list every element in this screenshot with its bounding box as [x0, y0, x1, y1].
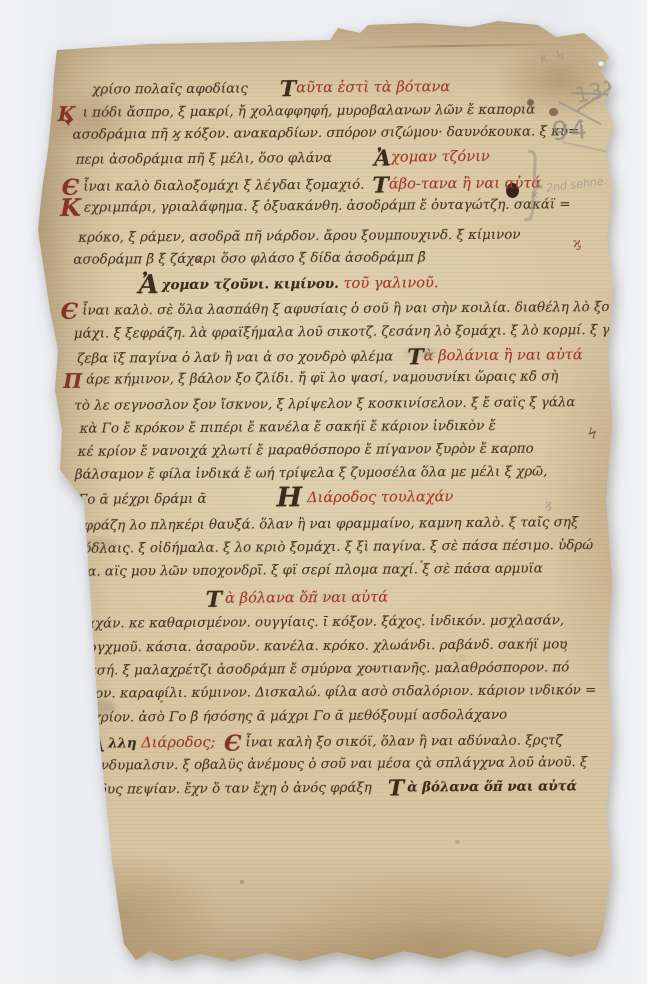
margin-mark: ϛ	[560, 638, 567, 653]
manuscript-line: Єἶναι καλὸ. σὲ ὅλα λασπάθη ξ αφυσίαις ὁ …	[61, 301, 610, 320]
manuscript-line: πα. αϊς μου λῶν υποχονδρϊ̄. ξ φϊ σερί πλ…	[79, 562, 543, 580]
initial-letter: Є	[224, 731, 242, 757]
initial-letter: Ἄ	[87, 732, 105, 758]
initial-letter: Λ	[65, 612, 82, 638]
manuscript-line: περι ἀσοδράμια πῆ ξ μέλι, ὅσο φλάναἈχομα…	[76, 149, 490, 169]
manuscript-line: τογχμοῦ. κάσια. ἀσαροῦν. κανέλα. κρόκο. …	[81, 638, 567, 656]
manuscript-line: εμονδυμαλσιν. ξ οβαλϋς ἀνέμους ὁ σοῦ ναι…	[77, 756, 588, 774]
rubric-text: Διάροδος;	[141, 734, 220, 752]
body-text: ρόδλαις. ξ οἰδήμαλα. ξ λο κριὸ ξομάχι. ξ…	[75, 538, 593, 557]
manuscript-line: βάλσαμον ἔ φίλα ἰνδικά ἔ ωή τρίψελα ξ ζυ…	[75, 465, 548, 483]
manuscript-line: Γο ᾱ μέχρι δράμι ᾱΗΔιάροδος τουλαχάν	[78, 489, 453, 508]
body-text: βάλσαμον ἔ φίλα ἰνδικά ἔ ωή τρίψελα ξ ζυ…	[75, 464, 548, 482]
initial-letter: Τ	[372, 173, 389, 199]
manuscript-line: χρίσο πολαῖς αφοδίαιςΤαῦτα ἐστὶ τὰ βόταν…	[92, 79, 450, 98]
body-text: άρε κήμινον, ξ βάλον ξο ζλίδι. ἤ φϊ λο ψ…	[86, 369, 558, 387]
body-text: πεχρίον. ἀσὸ Γο β̄ ήσόσης ᾱ μάχρι Γο ᾱ μ…	[77, 708, 508, 726]
body-text: αχάν. κε καθαρισμένον. ουγγίαις. ῑ κόξον…	[86, 613, 564, 631]
body-text: εμονδυμαλσιν. ξ οβαλϋς ἀνέμους ὁ σοῦ ναι…	[77, 755, 588, 774]
body-text: λασή. ξ μαλαχρέτζι ἀσοδράμπ ἔ σμύρνα χου…	[79, 660, 569, 678]
initial-letter: Є	[62, 514, 80, 540]
rubric-text: αῦτα ἐστὶ τὰ βότανα	[296, 78, 450, 96]
body-text: ασοδράμπ β̄ ξ ζάχαρι ὅσο φλάσο ξ δίδα ἀσ…	[73, 250, 425, 267]
initial-letter: Τ	[206, 587, 223, 613]
manuscript-line: Κεχριμπάρι, γριαλάφημα. ξ ὀξυακάνθη. ἀσο…	[60, 198, 571, 216]
body-text: φράζη λο πληκέρι θαυξά. ὅλαν ἢ ναι φραμμ…	[84, 515, 579, 533]
body-text: ζεβα ϊξ παγίνα ὁ λαν ἢ ναι ἀ σο χονδρὸ φ…	[77, 350, 393, 367]
manuscript-line: Ϗι πόδι ἄσπρο, ξ μακρί, ἤ χολαφφηφή, μυρ…	[57, 104, 535, 122]
margin-mark: ×.	[424, 350, 436, 361]
rubric-text: Διάροδος τουλαχάν	[307, 488, 453, 506]
initial-letter: Є	[61, 299, 79, 325]
body-text: κέ κρίον ἔ νανοιχά χλωτί ἔ μαραθόσπορο ἔ…	[78, 442, 534, 460]
body-text: χρίσο πολαῖς αφοδίαις	[92, 82, 248, 98]
rubric-text: χομαν τζόνιν	[391, 148, 490, 166]
initial-letter: Η	[276, 482, 302, 513]
manuscript-line: κέ κρίον ἔ νανοιχά χλωτί ἔ μαραθόσπορο ἔ…	[78, 443, 534, 461]
manuscript-line: ρόδλαις. ξ οἰδήμαλα. ξ λο κριὸ ξομάχι. ξ…	[75, 539, 593, 557]
body-text: ὰ βόλανα ὅπ̃ ναι αὐτά	[407, 778, 577, 795]
body-text: ι πόδι ἄσπρο, ξ μακρί, ἤ χολαφφηφή, μυρο…	[83, 103, 536, 121]
margin-mark: ϗ	[545, 498, 552, 511]
manuscript-page: τω αλ μεε λμ χρίσο πολαῖς αφοδίαιςΤαῦτα …	[0, 0, 647, 984]
manuscript-line: ζεβα ϊξ παγίνα ὁ λαν ἢ ναι ἀ σο χονδρὸ φ…	[77, 347, 583, 367]
initial-letter: Τ	[407, 344, 424, 370]
initial-letter: Ϗ	[57, 102, 75, 126]
body-text: Γο ᾱ μέχρι δράμι ᾱ	[78, 492, 207, 508]
manuscript-line: Λαχάν. κε καθαρισμένον. ουγγίαις. ῑ κόξο…	[65, 614, 564, 632]
initial-letter: Τ	[388, 775, 405, 801]
initial-letter: Κ	[60, 193, 81, 222]
body-text: ασοδράμια πῆ ϗ κόξον. ανακαρδίων. σπόρον…	[72, 124, 579, 143]
manuscript-line: πεχρίον. ἀσὸ Γο β̄ ήσόσης ᾱ μάχρι Γο ᾱ μ…	[77, 709, 508, 727]
manuscript-line: κὰ Γο ἔ κρόκον ἔ πιπέρι ἔ κανέλα ἔ σακήϊ…	[80, 420, 496, 438]
body-text: κὰ Γο ἔ κρόκον ἔ πιπέρι ἔ κανέλα ἔ σακήϊ…	[80, 419, 496, 437]
body-text: χομαν τζοῦνι. κιμίνου.	[162, 276, 344, 293]
body-text: κρόκο, ξ ράμεν, ασοδρᾶ πῆ νάρδον. ἄρου ξ…	[78, 228, 520, 246]
body-text: πα. αϊς μου λῶν υποχονδρϊ̄. ξ φϊ σερί πλ…	[79, 561, 543, 579]
margin-mark: ϗ	[572, 236, 581, 252]
body-text: περι ἀσοδράμια πῆ ξ μέλι, ὅσο φλάνα	[76, 151, 332, 168]
manuscript-line: Ἀχομαν τζοῦνι. κιμίνου. τοῦ γαλινοῦ.	[138, 275, 438, 294]
manuscript-line: Πάρε κήμινον, ξ βάλον ξο ζλίδι. ἤ φϊ λο …	[63, 370, 558, 388]
manuscript-line: Єφράζη λο πληκέρι θαυξά. ὅλαν ἢ ναι φραμ…	[62, 516, 578, 534]
body-text: φϊ δυς πεψίαν. ἔχν ὅ ταν ἔχη ὁ ἀνός φράξ…	[80, 781, 372, 798]
body-text: ἶναι καλὸ διαλοξομάχι ξ λέγδαι ξομαχιό.	[83, 178, 364, 195]
body-text: ἶναι καλὸ. σὲ ὅλα λασπάθη ξ αφυσίαις ὁ σ…	[82, 300, 609, 319]
body-text: τογχμοῦ. κάσια. ἀσαροῦν. κανέλα. κρόκο. …	[81, 637, 567, 655]
manuscript-line: ασοδράμπ β̄ ξ ζάχαρι ὅσο φλάσο ξ δίδα ἀσ…	[73, 251, 425, 268]
initial-letter: Π	[63, 369, 82, 393]
manuscript-line: τὸ λε σεγνοσλον ξον ἴσκνον, ξ λρίψελον ξ…	[74, 396, 575, 414]
scan-background: { "scan": { "folio_number": "94", "cross…	[0, 0, 647, 984]
body-text: ἶναι καλὴ ξο σικόϊ, ὅλαν ἢ ναι αδύναλο. …	[245, 733, 562, 750]
body-text: λλη	[108, 735, 141, 751]
manuscript-line: Τὰ βόλανα ὅπ̃ ναι αὐτά	[206, 590, 388, 608]
body-text: τὸ λε σεγνοσλον ξον ἴσκνον, ξ λρίψελον ξ…	[74, 395, 575, 413]
rubric-text: ὰ βολάνια ἢ ναι αὐτά	[424, 346, 583, 364]
manuscript-line: ασοδράμια πῆ ϗ κόξον. ανακαρδίων. σπόρον…	[72, 125, 579, 143]
rubric-text: ὰ βόλανα ὅπ̃ ναι αὐτά	[225, 589, 388, 607]
body-text: μάχι. ξ ξεφράζη. λὰ φραϊξήμαλα λοῦ σικοτ…	[74, 323, 619, 342]
body-text: λιον. καραφίλι. κύμινον. Δισκαλώ. φίλα α…	[81, 683, 596, 702]
manuscript-line: Ἄλλη Διάροδος; Єἶναι καλὴ ξο σικόϊ, ὅλαν…	[87, 732, 563, 752]
manuscript-line: κρόκο, ξ ράμεν, ασοδρᾶ πῆ νάρδον. ἄρου ξ…	[78, 229, 520, 247]
manuscript-line: Єἶναι καλὸ διαλοξομάχι ξ λέγδαι ξομαχιό.…	[62, 175, 541, 195]
initial-letter: Τ	[280, 76, 297, 102]
paper-shadow-wrap: τω αλ μεε λμ χρίσο πολαῖς αφοδίαιςΤαῦτα …	[0, 0, 647, 984]
initial-letter: Ἀ	[138, 270, 158, 300]
manuscript-line: φϊ δυς πεψίαν. ἔχν ὅ ταν ἔχη ὁ ἀνός φράξ…	[80, 779, 577, 798]
manuscript-line: λιον. καραφίλι. κύμινον. Δισκαλώ. φίλα α…	[81, 684, 596, 702]
manuscript-line: μάχι. ξ ξεφράζη. λὰ φραϊξήμαλα λοῦ σικοτ…	[74, 324, 619, 343]
body-text: εχριμπάρι, γριαλάφημα. ξ ὀξυακάνθη. ἀσοδ…	[84, 197, 571, 215]
rubric-text: τοῦ γαλινοῦ.	[343, 274, 438, 292]
manuscript-line: λασή. ξ μαλαχρέτζι ἀσοδράμπ ἔ σμύρνα χου…	[79, 661, 569, 679]
initial-letter: Ἀ	[374, 146, 391, 172]
